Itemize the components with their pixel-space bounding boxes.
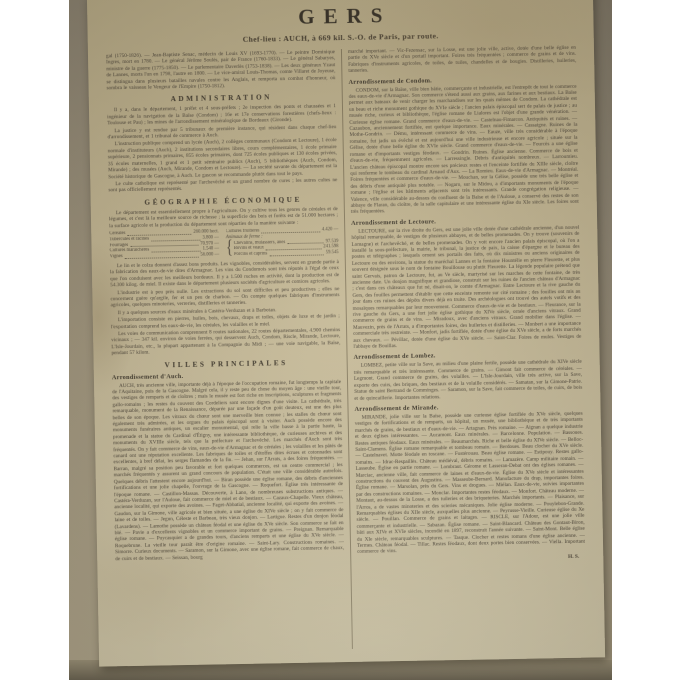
table-cell-value: 56.000 — (200, 252, 219, 258)
document-page: GERS Chef-lieu : AUCH, à 669 kil. S.-O. … (87, 0, 605, 667)
brace-rows: Chevalins, mulassiers, ânes 97.539 Bovin… (234, 239, 339, 258)
photo-canvas: GERS Chef-lieu : AUCH, à 669 kil. S.-O. … (0, 0, 680, 680)
auch-paragraph: AUCH, très ancienne ville, importante dé… (112, 379, 344, 563)
right-column: marché important. — Vic-Fezensac, sur la… (341, 45, 593, 649)
lombez-paragraph: LOMBEZ, petite ville sur la Save, au mil… (354, 359, 583, 402)
geographie-intro-paragraph: Le département est essentiellement propr… (109, 206, 338, 229)
brace-glyph: { (226, 241, 233, 257)
section-heading-geographie: GÉOGRAPHIE ÉCONOMIQUE (109, 195, 338, 207)
section-heading-villes: VILLES PRINCIPALES (112, 358, 341, 370)
condom-paragraph: CONDOM, sur la Baïse, ville bien bâtie, … (349, 83, 579, 215)
masthead: GERS Chef-lieu : AUCH, à 669 kil. S.-O. … (99, 0, 582, 46)
lectoure-paragraph: LECTOURE, sur la rive droite du Gers, es… (351, 224, 581, 350)
agriculture-table-left: Céréales 260.000 hect. Tubercules et rac… (109, 229, 224, 260)
text-columns: gal (1750-1826). — Jean-Baptiste Senac, … (100, 45, 593, 654)
table-cell-value: 4.420 — (322, 227, 339, 233)
agriculture-table: Céréales 260.000 hect. Tubercules et rac… (109, 227, 338, 260)
administration-paragraph: L'instruction publique comprend un lycée… (108, 138, 338, 181)
table-cell-value: 59.545 (326, 250, 339, 256)
table-brace-group: { Chevalins, mulassiers, ânes 97.539 Bov… (226, 239, 339, 258)
dotted-leader (125, 257, 199, 259)
left-column: gal (1750-1826). — Jean-Baptiste Senac, … (100, 49, 352, 653)
continuation-paragraph: marché important. — Vic-Fezensac, sur la… (348, 45, 576, 75)
agriculture-table-right: Cultures fruitières 4.420 — Animaux de f… (224, 227, 339, 258)
table-row: Porcins et caprins 59.545 (234, 250, 339, 258)
table-cell-label: Vignes (110, 254, 123, 260)
dotted-leader (269, 254, 324, 256)
table-cell-label: Porcins et caprins (234, 252, 267, 258)
page-title: GERS (99, 0, 581, 33)
geographie-paragraph: Les voies de communication comprennent 8… (111, 327, 340, 357)
geographie-paragraph: Le lin et le colza donnent d'assez bons … (110, 259, 339, 289)
document-photo: GERS Chef-lieu : AUCH, à 669 kil. S.-O. … (69, 0, 612, 680)
mirande-paragraph: MIRANDE, jolie ville sur la Baïse, possè… (355, 411, 586, 556)
intro-paragraph: gal (1750-1826). — Jean-Baptiste Senac, … (106, 49, 336, 92)
